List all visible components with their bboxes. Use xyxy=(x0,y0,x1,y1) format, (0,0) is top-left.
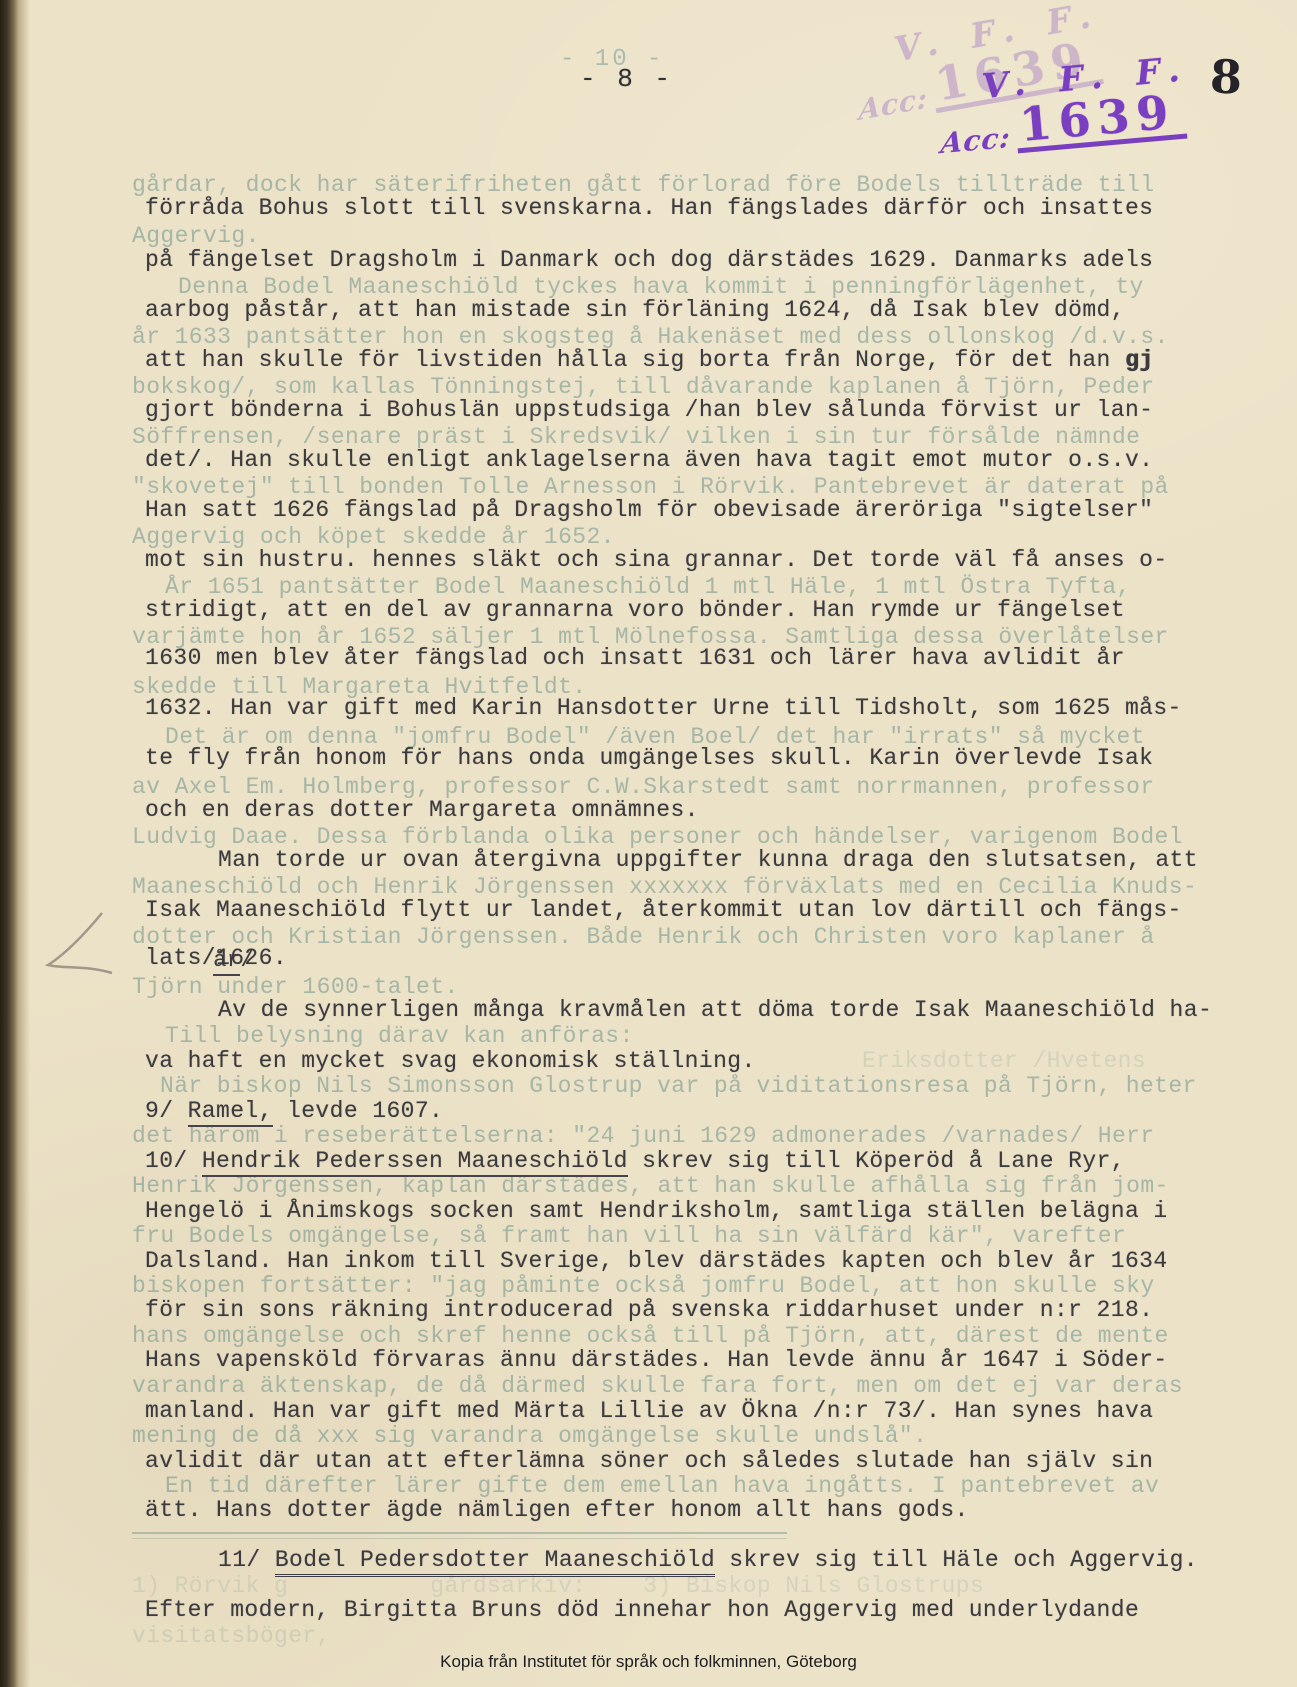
line-text: levde 1607. xyxy=(273,1098,443,1124)
stamp-acc-label: Acc: xyxy=(859,81,928,127)
typewritten-line: Man torde ur ovan återgivna uppgifter ku… xyxy=(218,845,1198,875)
typewritten-line: gjort bönderna i Bohuslän uppstudsiga /h… xyxy=(145,395,1153,425)
line-text: ätt. Hans dotter ägde nämligen efter hon… xyxy=(145,1497,969,1523)
typewritten-line: Hengelö i Ånimskogs socken samt Hendriks… xyxy=(145,1196,1168,1226)
scanned-typewritten-page: { "document": { "page_number": "- 8 -", … xyxy=(0,0,1297,1687)
underlined-text: Ramel, xyxy=(188,1098,273,1127)
typewritten-line: stridigt, att en del av grannarna voro b… xyxy=(145,595,1125,625)
corner-page-number: 8 xyxy=(1209,49,1243,104)
line-text: Hans vapensköld förvaras ännu därstädes.… xyxy=(145,1347,1168,1373)
typed-insertion-above-line: år/ xyxy=(186,916,254,976)
line-text: Isak Maaneschiöld flytt ur landet, återk… xyxy=(145,897,1182,923)
line-text: för sin sons räkning introducerad på sve… xyxy=(145,1297,1153,1323)
typewritten-line: det/. Han skulle enligt anklagelserna äv… xyxy=(145,445,1153,475)
typewritten-line: 1630 men blev åter fängslad och insatt 1… xyxy=(145,643,1125,673)
line-text: Dalsland. Han inkom till Sverige, blev d… xyxy=(145,1248,1168,1274)
typewritten-line: 10/ Hendrik Pederssen Maaneschiöld skrev… xyxy=(145,1146,1125,1176)
typewritten-line: te fly från honom för hans onda umgängel… xyxy=(145,743,1153,773)
line-text: Hengelö i Ånimskogs socken samt Hendriks… xyxy=(145,1198,1168,1224)
line-text: 1630 men blev åter fängslad och insatt 1… xyxy=(145,645,1125,671)
typewritten-line: 1632. Han var gift med Karin Hansdotter … xyxy=(145,693,1182,723)
underlined-text: Hendrik Pederssen Maaneschiöld xyxy=(202,1148,628,1177)
line-text: te fly från honom för hans onda umgängel… xyxy=(145,745,1153,771)
typewritten-line: ätt. Hans dotter ägde nämligen efter hon… xyxy=(145,1495,969,1525)
typewritten-line: på fängelset Dragsholm i Danmark och dog… xyxy=(145,245,1153,275)
typewritten-line: Hans vapensköld förvaras ännu därstädes.… xyxy=(145,1345,1168,1375)
typewritten-line: Isak Maaneschiöld flytt ur landet, återk… xyxy=(145,895,1182,925)
line-text: Han satt 1626 fängslad på Dragsholm för … xyxy=(145,497,1153,523)
line-text: Efter modern, Birgitta Bruns död innehar… xyxy=(145,1597,1139,1623)
line-text: att han skulle för livstiden hålla sig b… xyxy=(145,347,1125,373)
typewritten-line: Av de synnerligen många kravmålen att dö… xyxy=(218,995,1212,1025)
stamp-acc-label: Acc: xyxy=(939,121,1012,160)
line-text: och en deras dotter Margareta omnämnes. xyxy=(145,797,699,823)
typewritten-line: 11/ Bodel Pedersdotter Maaneschiöld skre… xyxy=(218,1545,1198,1575)
typewritten-line: för sin sons räkning introducerad på sve… xyxy=(145,1295,1153,1325)
page-number: - 8 - xyxy=(580,64,673,94)
ghost-line: visitatsböger, xyxy=(132,1621,331,1651)
typewritten-line: avlidit där utan att efterlämna söner oc… xyxy=(145,1446,1153,1476)
line-text: förråda Bohus slott till svenskarna. Han… xyxy=(145,195,1153,221)
line-text: va haft en mycket svag ekonomisk ställni… xyxy=(145,1048,756,1074)
ghost-underline-rule xyxy=(132,1532,787,1539)
typewritten-line: Han satt 1626 fängslad på Dragsholm för … xyxy=(145,495,1153,525)
line-text: manland. Han var gift med Märta Lillie a… xyxy=(145,1398,1153,1424)
line-text: 9/ xyxy=(145,1098,188,1124)
line-text: Man torde ur ovan återgivna uppgifter ku… xyxy=(218,847,1198,873)
typewritten-line: förråda Bohus slott till svenskarna. Han… xyxy=(145,193,1153,223)
line-text: mot sin hustru. hennes släkt och sina gr… xyxy=(145,547,1168,573)
typewritten-line: manland. Han var gift med Märta Lillie a… xyxy=(145,1396,1153,1426)
typewritten-line: Efter modern, Birgitta Bruns död innehar… xyxy=(145,1595,1139,1625)
underlined-text: Bodel Pedersdotter Maaneschiöld xyxy=(275,1547,715,1577)
archive-copy-footer: Kopia från Institutet för språk och folk… xyxy=(0,1652,1297,1672)
typewritten-line: mot sin hustru. hennes släkt och sina gr… xyxy=(145,545,1168,575)
line-text: skrev sig till Köperöd å Lane Ryr, xyxy=(628,1148,1125,1174)
scan-binding-shadow xyxy=(0,0,30,1687)
line-text: stridigt, att en del av grannarna voro b… xyxy=(145,597,1125,623)
line-text: 11/ xyxy=(218,1547,275,1573)
line-text: gj xyxy=(1125,347,1153,373)
line-text: skrev sig till Häle och Aggervig. xyxy=(715,1547,1198,1573)
pencil-checkmark xyxy=(38,905,134,1001)
line-text: på fängelset Dragsholm i Danmark och dog… xyxy=(145,247,1153,273)
stamp-acc-number: 1639 xyxy=(1014,92,1187,154)
typewritten-line: va haft en mycket svag ekonomisk ställni… xyxy=(145,1046,756,1076)
line-text: det/. Han skulle enligt anklagelserna äv… xyxy=(145,447,1153,473)
line-text: Av de synnerligen många kravmålen att dö… xyxy=(218,997,1212,1023)
line-text: avlidit där utan att efterlämna söner oc… xyxy=(145,1448,1153,1474)
typewritten-line: 9/ Ramel, levde 1607. xyxy=(145,1096,443,1126)
typewritten-line: aarbog påstår, att han mistade sin förlä… xyxy=(145,295,1125,325)
line-text: 10/ xyxy=(145,1148,202,1174)
typewritten-line: Dalsland. Han inkom till Sverige, blev d… xyxy=(145,1246,1168,1276)
typewritten-line: och en deras dotter Margareta omnämnes. xyxy=(145,795,699,825)
line-text: aarbog påstår, att han mistade sin förlä… xyxy=(145,297,1125,323)
typewritten-line: att han skulle för livstiden hålla sig b… xyxy=(145,345,1153,375)
line-text: gjort bönderna i Bohuslän uppstudsiga /h… xyxy=(145,397,1153,423)
line-text: 1632. Han var gift med Karin Hansdotter … xyxy=(145,695,1182,721)
